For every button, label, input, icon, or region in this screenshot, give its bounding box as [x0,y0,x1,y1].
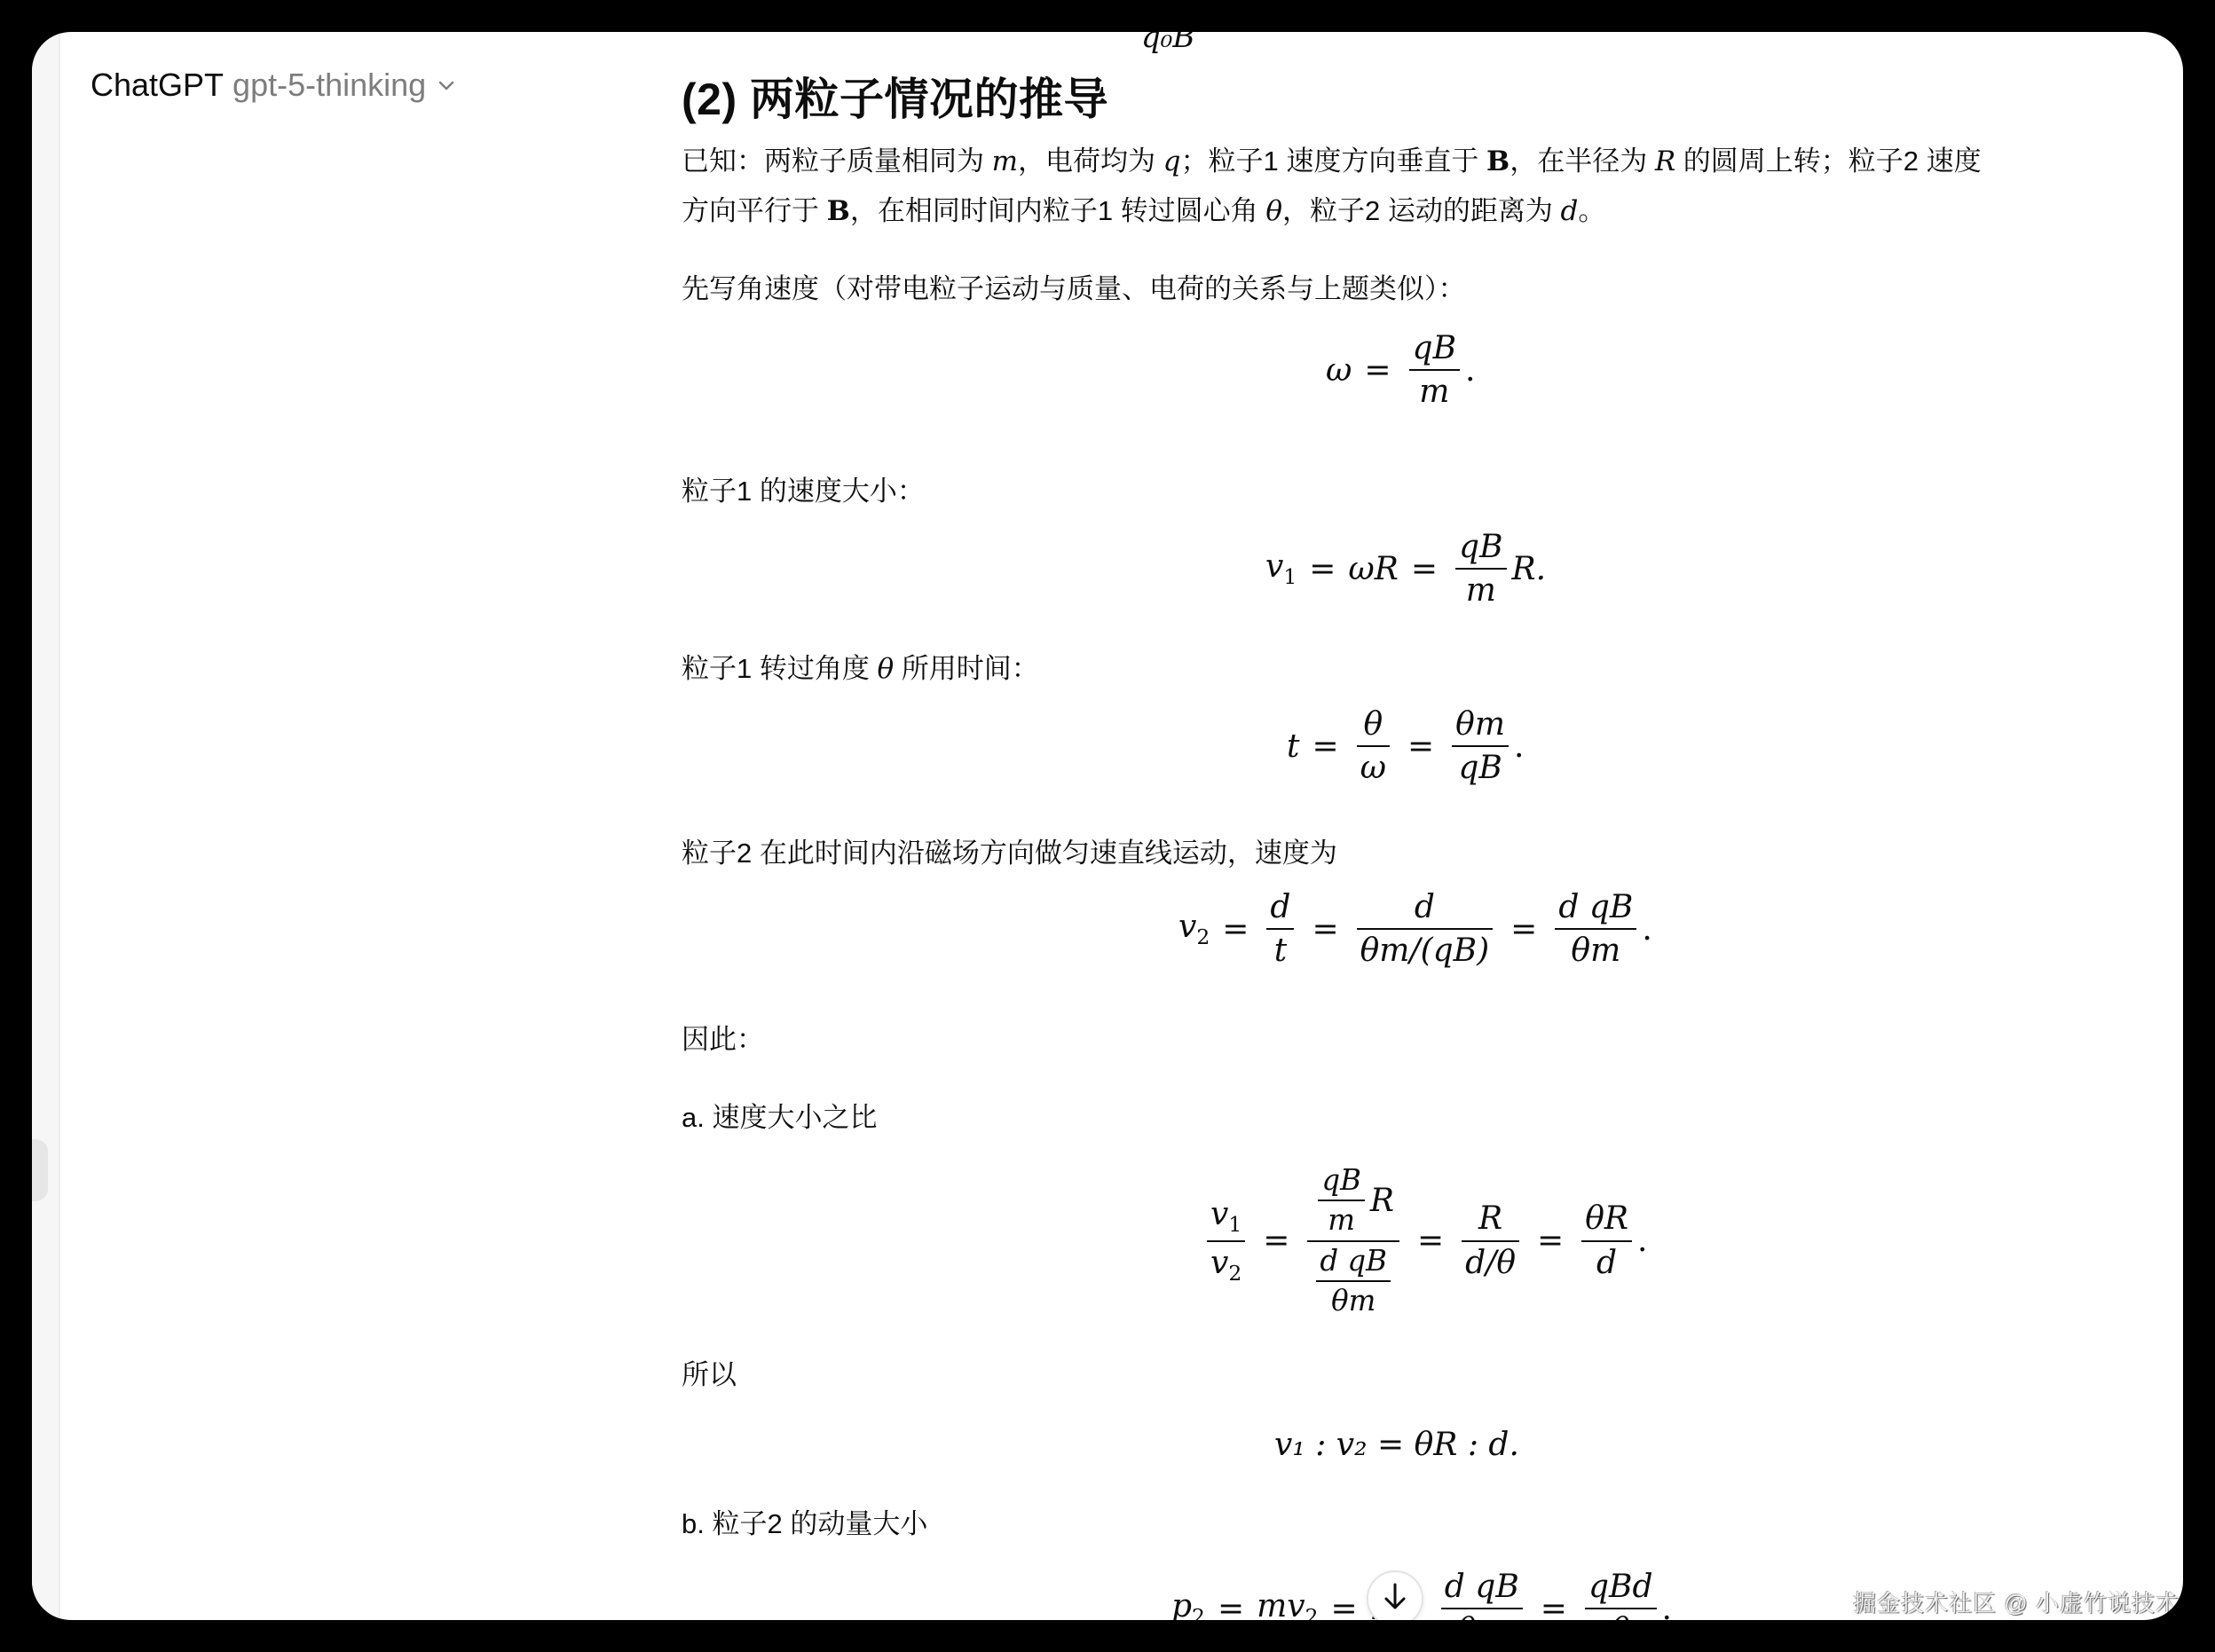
denominator: t [1271,932,1290,969]
numerator: qB [1455,529,1507,565]
fraction: d qB θm [1316,1245,1391,1318]
model-selector[interactable]: ChatGPT gpt-5-thinking [91,59,456,112]
numerator: R [1475,1200,1506,1237]
app-brand: ChatGPT [91,67,224,104]
given-paragraph-line2: 方向平行于 B，在相同时间内粒子1 转过圆心角 θ，粒子2 运动的距离为 d。 [682,186,1605,236]
part-b-label: b. 粒子2 的动量大小 [682,1499,927,1549]
text: 方向平行于 [682,195,819,226]
denominator: θm/(qB) [1357,932,1494,969]
text: 粒子1 转过角度 [682,653,870,684]
time-intro: 粒子1 转过角度 θ 所用时间： [682,644,1039,694]
math-q: q [1163,146,1181,177]
denominator: θm [1567,932,1624,969]
denominator: θ [1607,1612,1634,1620]
numerator: θm [1452,706,1509,743]
eq-term: p2 [1171,1588,1205,1620]
clipped-equation: q₀B [1141,32,1194,55]
section-heading: (2) 两粒子情况的推导 [682,64,1108,128]
arrow-down-icon [1382,1582,1408,1617]
eq-term: t [1287,728,1299,765]
eq-term: v₁ : v₂ = θR : d. [1274,1427,1519,1463]
equation-t: t = θ ω = θm qB . [1287,706,1524,787]
fraction: θ ω [1357,706,1390,787]
text: ，粒子2 运动的距离为 [1282,195,1553,226]
angular-velocity-intro: 先写角速度（对带电粒子运动与质量、电荷的关系与上题类似）： [682,264,1466,314]
equation-omega: ω = qB m . [1326,330,1475,411]
eq-term: ω [1326,352,1352,389]
denominator: ω [1357,750,1390,786]
eq-end: . [1465,352,1475,389]
eq-end: . [1662,1591,1672,1620]
fraction: d qB θm [1441,1569,1523,1620]
chevron-down-icon [437,75,456,95]
subscript: 2 [1192,1604,1205,1620]
text: ，电荷均为 [1018,146,1155,177]
numerator: qB m R [1309,1164,1398,1238]
denominator: v2 [1207,1245,1245,1286]
var: v [1210,1245,1228,1281]
numerator: d qB [1555,889,1636,925]
fraction: R d/θ [1462,1200,1519,1281]
fraction: qB m [1455,529,1507,610]
so-label: 所以 [682,1350,737,1400]
eq-term: v2 [1178,909,1210,949]
numerator: qB [1409,330,1461,366]
math-B: B [1486,146,1510,177]
eq-end: . [1642,911,1651,948]
text: 。 [1578,195,1605,226]
equation-ratio: v1 v2 = qB m R d qB [1202,1164,1647,1318]
math-m: m [992,146,1018,177]
numerator: θR [1581,1200,1632,1237]
denominator: θm [1328,1285,1379,1318]
fraction: qBd θ [1585,1569,1657,1620]
denominator: m [1324,1204,1359,1237]
math-d: d [1560,195,1578,227]
eq-term: mv2 [1257,1588,1318,1620]
subscript: 2 [1305,1604,1319,1620]
chat-window: ChatGPT gpt-5-thinking q₀B (2) 两粒子情况的推导 … [32,32,2183,1620]
eq-end: . [1637,1223,1647,1259]
math-theta: θ [877,653,894,685]
text: ，在半径为 [1510,146,1647,177]
eq-op: = [1364,352,1391,389]
fraction: d qB θm [1555,889,1636,970]
numerator: v1 [1207,1196,1245,1237]
speed2-intro: 粒子2 在此时间内沿磁场方向做匀速直线运动，速度为 [682,829,1337,878]
denominator: m [1462,572,1500,609]
eq-term: ωR [1348,551,1398,587]
numerator: d qB [1441,1569,1523,1605]
eq-end: . [1514,728,1524,765]
eq-op: = [1309,551,1336,587]
subscript: 1 [1228,1213,1242,1238]
eq-op: = [1411,551,1438,587]
equation-ratio-result: v₁ : v₂ = θR : d. [1274,1427,1519,1463]
fraction: θm qB [1452,706,1509,787]
eq-term: R. [1512,551,1547,587]
equation-v1: v1 = ωR = qB m R. [1265,529,1546,610]
denominator: d [1593,1245,1620,1281]
denominator: qB [1454,750,1506,786]
numerator: d [1411,889,1439,925]
fraction: qB m [1409,330,1461,411]
fraction: d t [1266,889,1294,970]
var: mv [1257,1588,1305,1620]
numerator: qB [1318,1164,1365,1197]
eq-term: v1 [1265,548,1297,589]
denominator: θm [1454,1612,1510,1620]
text: ，在相同时间内粒子1 转过圆心角 [850,195,1258,226]
numerator: qBd [1585,1569,1657,1605]
part-a-label: a. 速度大小之比 [682,1093,877,1143]
watermark: 掘金技术社区 @ 小虚竹说技术 [1853,1585,2180,1618]
var: v [1210,1196,1228,1232]
text: 已知：两粒子质量相同为 [682,146,984,177]
denominator: d qB θm [1307,1245,1399,1318]
denominator: m [1415,374,1453,410]
scroll-to-bottom-button[interactable] [1367,1570,1423,1620]
fraction: d θm/(qB) [1357,889,1494,970]
subscript: 1 [1283,564,1297,589]
fraction: v1 v2 [1207,1196,1245,1285]
equation-v2: v2 = d t = d θm/(qB) = d qB θm . [1178,889,1652,970]
var: v [1178,909,1196,945]
text: ；粒子1 速度方向垂直于 [1181,146,1479,177]
math-R: R [1655,146,1675,177]
subscript: 2 [1196,924,1210,949]
model-name: gpt-5-thinking [233,67,426,104]
sidebar-toggle-handle[interactable] [32,1139,48,1201]
sidebar-rail [32,32,60,1620]
eq-term: R [1370,1183,1394,1219]
text: 所用时间： [902,653,1039,684]
math-theta: θ [1265,195,1282,227]
fraction: qB m [1318,1164,1365,1238]
given-paragraph-line1: 已知：两粒子质量相同为 m，电荷均为 q；粒子1 速度方向垂直于 B，在半径为 … [682,137,1982,186]
var: v [1265,548,1283,585]
compound-fraction: qB m R d qB θm [1307,1164,1399,1318]
math-B: B [827,195,850,227]
denominator: d/θ [1462,1245,1519,1281]
text: 的圆周上转；粒子2 速度 [1683,146,1982,177]
numerator: θ [1360,706,1386,743]
numerator: d [1266,889,1294,925]
speed1-intro: 粒子1 的速度大小： [682,467,925,516]
therefore-label: 因此： [682,1015,764,1065]
subscript: 2 [1228,1261,1242,1286]
fraction: θR d [1581,1200,1632,1281]
var: p [1171,1588,1192,1620]
numerator: d qB [1316,1245,1391,1278]
